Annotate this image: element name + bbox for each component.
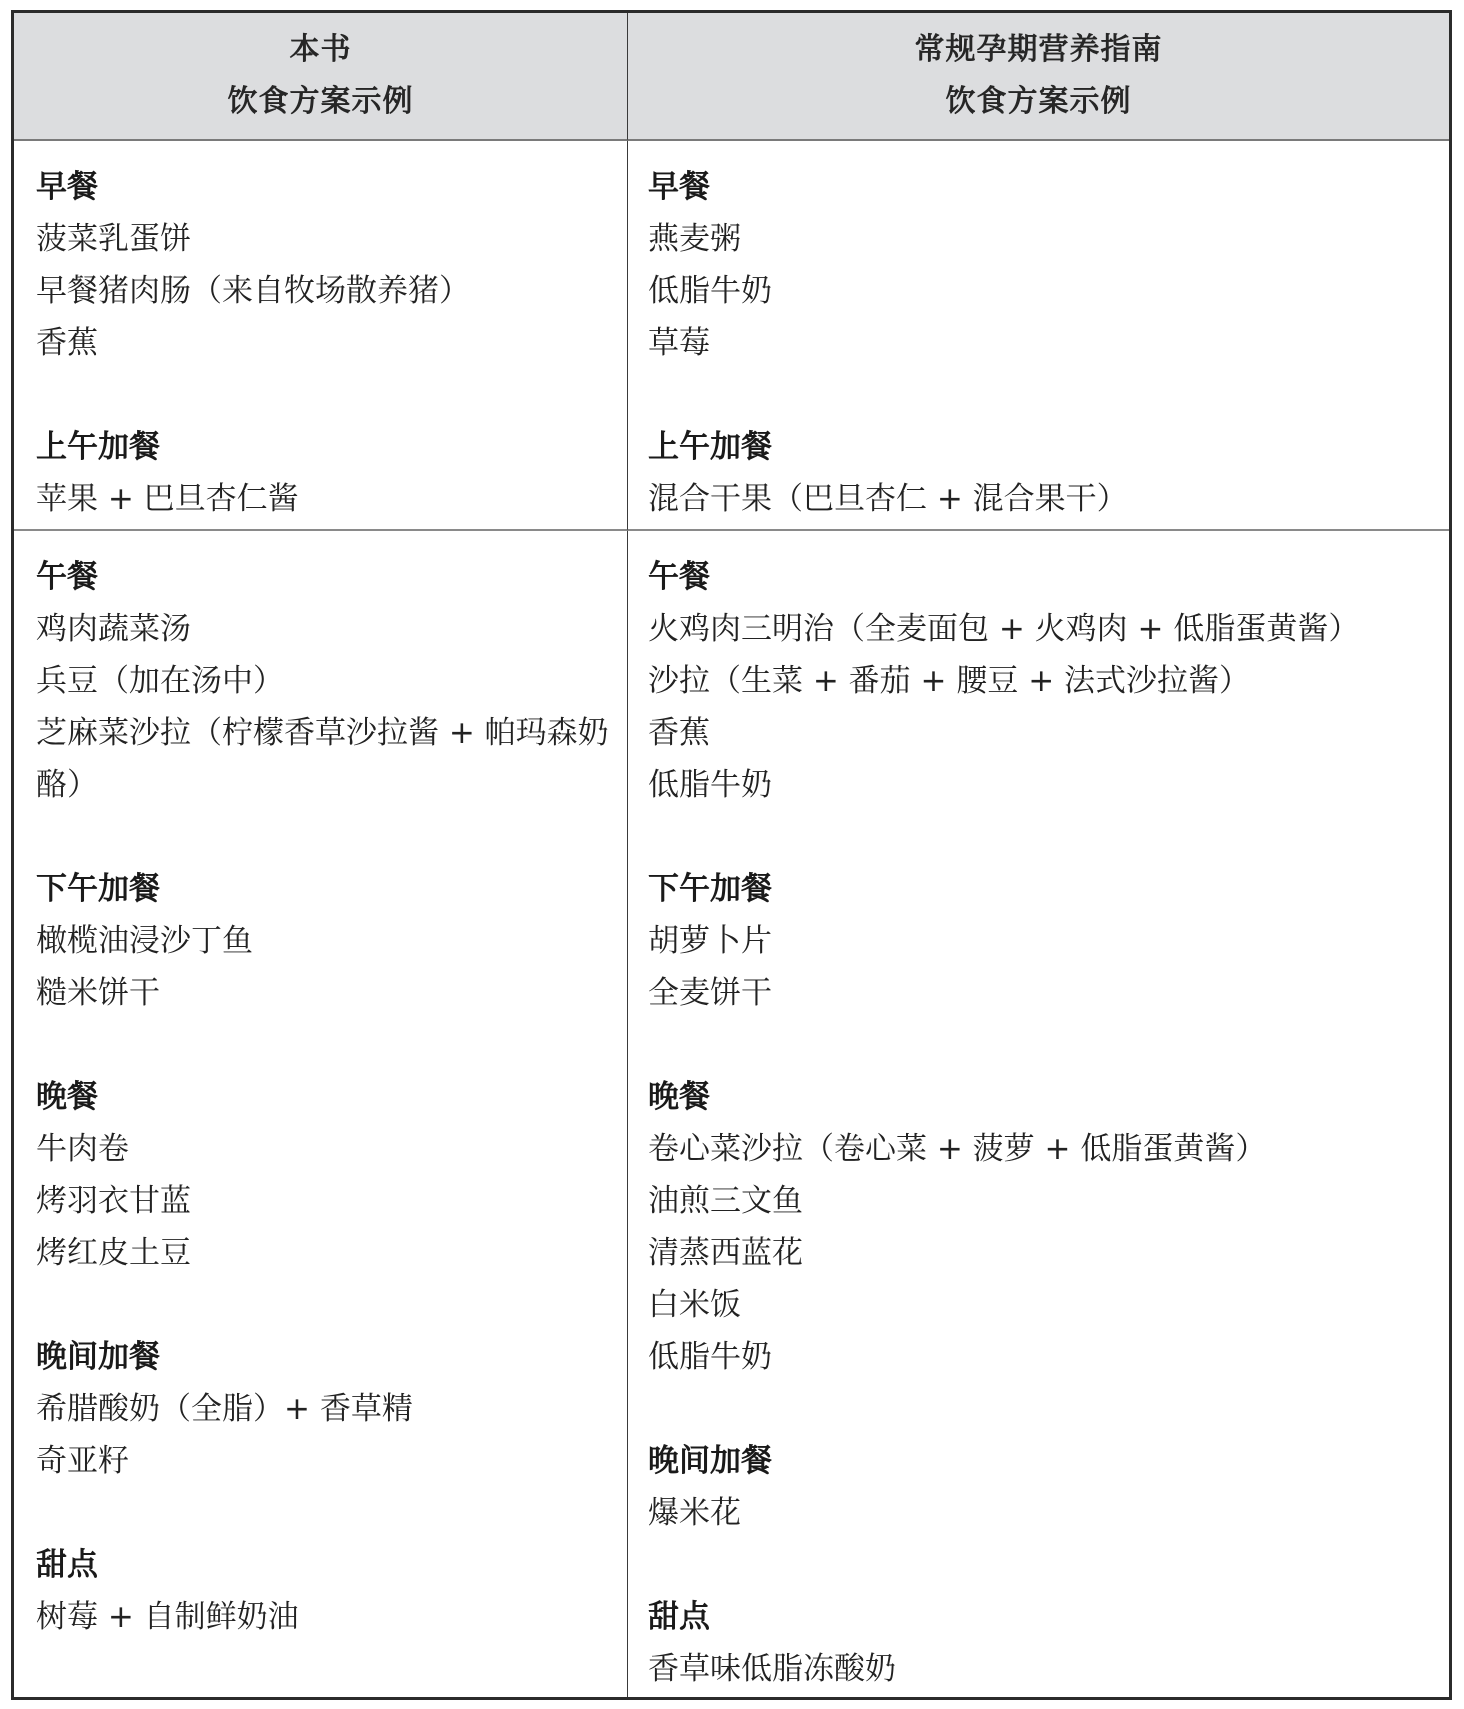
food-item: 橄榄油浸沙丁鱼 (36, 915, 627, 967)
food-item: 苹果 + 巴旦杏仁酱 (36, 473, 627, 525)
food-item: 希腊酸奶（全脂）+ 香草精 (36, 1383, 627, 1435)
header-this-book: 本书 饮食方案示例 (14, 13, 628, 141)
right-afternoon-evening-cell: 午餐 火鸡肉三明治（全麦面包 + 火鸡肉 + 低脂蛋黄酱） 沙拉（生菜 + 番茄… (628, 531, 1449, 1697)
diet-comparison-table: 本书 饮食方案示例 常规孕期营养指南 饮食方案示例 早餐 菠菜乳蛋饼 早餐猪肉肠… (11, 10, 1452, 1700)
food-item: 清蒸西蓝花 (648, 1227, 1449, 1279)
meal-morning-snack: 上午加餐 苹果 + 巴旦杏仁酱 (36, 421, 627, 525)
food-item: 低脂牛奶 (648, 1331, 1449, 1383)
food-item: 白米饭 (648, 1279, 1449, 1331)
food-item: 菠菜乳蛋饼 (36, 213, 627, 265)
food-item: 香蕉 (36, 317, 627, 369)
meal-morning-snack: 上午加餐 混合干果（巴旦杏仁 + 混合果干） (648, 421, 1449, 525)
food-item: 香蕉 (648, 707, 1449, 759)
meal-title: 午餐 (36, 551, 627, 603)
food-item: 芝麻菜沙拉（柠檬香草沙拉酱 + 帕玛森奶酪） (36, 707, 627, 811)
food-item: 低脂牛奶 (648, 265, 1449, 317)
meal-title: 晚餐 (648, 1071, 1449, 1123)
header-standard-guide: 常规孕期营养指南 饮食方案示例 (628, 13, 1449, 141)
meal-dessert: 甜点 香草味低脂冻酸奶 (648, 1591, 1449, 1695)
meal-dinner: 晚餐 卷心菜沙拉（卷心菜 + 菠萝 + 低脂蛋黄酱） 油煎三文鱼 清蒸西蓝花 白… (648, 1071, 1449, 1383)
meal-title: 晚餐 (36, 1071, 627, 1123)
header-subtitle: 饮食方案示例 (946, 76, 1132, 128)
meal-title: 上午加餐 (648, 421, 1449, 473)
food-item: 油煎三文鱼 (648, 1175, 1449, 1227)
food-item: 卷心菜沙拉（卷心菜 + 菠萝 + 低脂蛋黄酱） (648, 1123, 1449, 1175)
food-item: 草莓 (648, 317, 1449, 369)
header-title: 常规孕期营养指南 (915, 24, 1163, 76)
meal-evening-snack: 晚间加餐 希腊酸奶（全脂）+ 香草精 奇亚籽 (36, 1331, 627, 1487)
food-item: 兵豆（加在汤中） (36, 655, 627, 707)
food-item: 低脂牛奶 (648, 759, 1449, 811)
food-item: 胡萝卜片 (648, 915, 1449, 967)
food-item: 糙米饼干 (36, 967, 627, 1019)
meal-afternoon-snack: 下午加餐 橄榄油浸沙丁鱼 糙米饼干 (36, 863, 627, 1019)
meal-title: 上午加餐 (36, 421, 627, 473)
meal-title: 早餐 (36, 161, 627, 213)
meal-title: 晚间加餐 (648, 1435, 1449, 1487)
food-item: 火鸡肉三明治（全麦面包 + 火鸡肉 + 低脂蛋黄酱） (648, 603, 1449, 655)
header-subtitle: 饮食方案示例 (228, 76, 414, 128)
food-item: 奇亚籽 (36, 1435, 627, 1487)
meal-dinner: 晚餐 牛肉卷 烤羽衣甘蓝 烤红皮土豆 (36, 1071, 627, 1279)
meal-breakfast: 早餐 燕麦粥 低脂牛奶 草莓 (648, 161, 1449, 369)
right-morning-cell: 早餐 燕麦粥 低脂牛奶 草莓 上午加餐 混合干果（巴旦杏仁 + 混合果干） (628, 141, 1449, 531)
header-title: 本书 (290, 24, 352, 76)
meal-afternoon-snack: 下午加餐 胡萝卜片 全麦饼干 (648, 863, 1449, 1019)
food-item: 树莓 + 自制鲜奶油 (36, 1591, 627, 1643)
left-morning-cell: 早餐 菠菜乳蛋饼 早餐猪肉肠（来自牧场散养猪） 香蕉 上午加餐 苹果 + 巴旦杏… (14, 141, 628, 531)
food-item: 沙拉（生菜 + 番茄 + 腰豆 + 法式沙拉酱） (648, 655, 1449, 707)
food-item: 鸡肉蔬菜汤 (36, 603, 627, 655)
meal-title: 甜点 (36, 1539, 627, 1591)
food-item: 燕麦粥 (648, 213, 1449, 265)
meal-evening-snack: 晚间加餐 爆米花 (648, 1435, 1449, 1539)
meal-title: 早餐 (648, 161, 1449, 213)
food-item: 爆米花 (648, 1487, 1449, 1539)
food-item: 牛肉卷 (36, 1123, 627, 1175)
meal-title: 下午加餐 (648, 863, 1449, 915)
meal-title: 晚间加餐 (36, 1331, 627, 1383)
food-item: 早餐猪肉肠（来自牧场散养猪） (36, 265, 627, 317)
food-item: 烤红皮土豆 (36, 1227, 627, 1279)
food-item: 香草味低脂冻酸奶 (648, 1643, 1449, 1695)
left-afternoon-evening-cell: 午餐 鸡肉蔬菜汤 兵豆（加在汤中） 芝麻菜沙拉（柠檬香草沙拉酱 + 帕玛森奶酪）… (14, 531, 628, 1697)
food-item: 混合干果（巴旦杏仁 + 混合果干） (648, 473, 1449, 525)
food-item: 全麦饼干 (648, 967, 1449, 1019)
meal-title: 下午加餐 (36, 863, 627, 915)
meal-dessert: 甜点 树莓 + 自制鲜奶油 (36, 1539, 627, 1643)
meal-breakfast: 早餐 菠菜乳蛋饼 早餐猪肉肠（来自牧场散养猪） 香蕉 (36, 161, 627, 369)
meal-lunch: 午餐 鸡肉蔬菜汤 兵豆（加在汤中） 芝麻菜沙拉（柠檬香草沙拉酱 + 帕玛森奶酪） (36, 551, 627, 811)
meal-title: 午餐 (648, 551, 1449, 603)
meal-title: 甜点 (648, 1591, 1449, 1643)
meal-lunch: 午餐 火鸡肉三明治（全麦面包 + 火鸡肉 + 低脂蛋黄酱） 沙拉（生菜 + 番茄… (648, 551, 1449, 811)
food-item: 烤羽衣甘蓝 (36, 1175, 627, 1227)
